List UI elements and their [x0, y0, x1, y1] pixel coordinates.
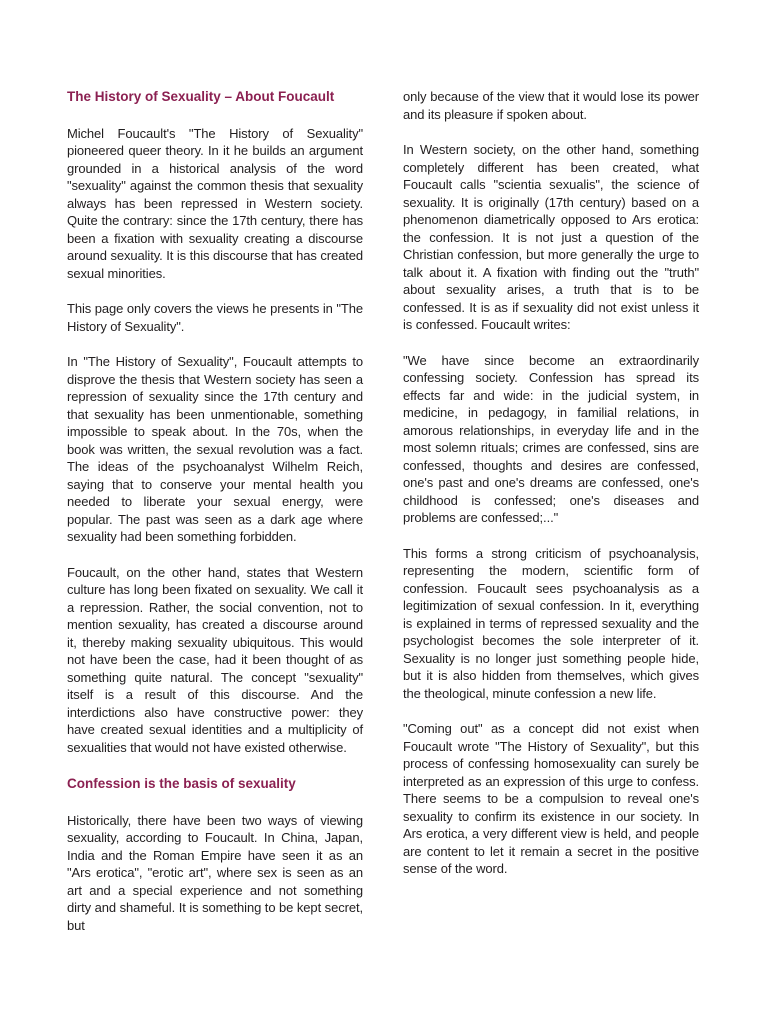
left-column: The History of Sexuality – About Foucaul…	[67, 88, 363, 952]
paragraph: only because of the view that it would l…	[403, 88, 699, 123]
section-heading-about-foucault: The History of Sexuality – About Foucaul…	[67, 88, 363, 106]
block-quote: "We have since become an extraordinarily…	[403, 352, 699, 527]
paragraph: Foucault, on the other hand, states that…	[67, 564, 363, 757]
paragraph: "Coming out" as a concept did not exist …	[403, 720, 699, 878]
section-heading-confession: Confession is the basis of sexuality	[67, 775, 363, 793]
document-page: The History of Sexuality – About Foucaul…	[0, 0, 768, 1024]
paragraph: This forms a strong criticism of psychoa…	[403, 545, 699, 703]
paragraph: Historically, there have been two ways o…	[67, 812, 363, 935]
paragraph: This page only covers the views he prese…	[67, 300, 363, 335]
paragraph: In "The History of Sexuality", Foucault …	[67, 353, 363, 546]
paragraph: Michel Foucault's "The History of Sexual…	[67, 125, 363, 283]
right-column: only because of the view that it would l…	[403, 88, 699, 952]
paragraph: In Western society, on the other hand, s…	[403, 141, 699, 334]
document-content: The History of Sexuality – About Foucaul…	[67, 88, 699, 952]
